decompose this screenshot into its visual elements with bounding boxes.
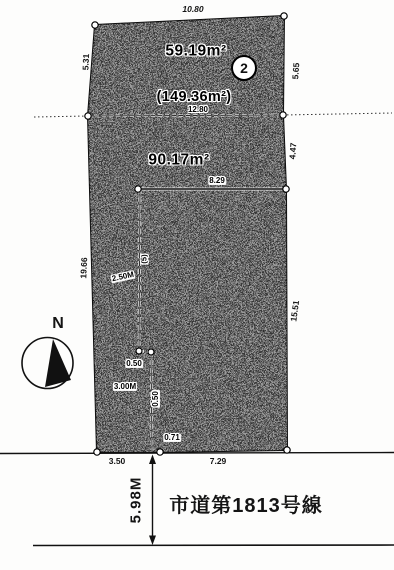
setback-lower-segment-label: 0.50 bbox=[152, 390, 160, 408]
land-plot-diagram: 10.80 5.31 5.65 59.19m² 2 (149.36m²) 12.… bbox=[0, 0, 394, 570]
area-lower-label: 90.17m² bbox=[148, 152, 209, 168]
setback-bottom-offset-label: 0.71 bbox=[163, 434, 181, 442]
survey-drawing-canvas bbox=[0, 0, 394, 570]
dim-bottom-right: 7.29 bbox=[210, 457, 227, 466]
plot-hatch-texture bbox=[80, 10, 295, 458]
section-dotted-line-left bbox=[34, 116, 88, 117]
road-width-arrowhead-up bbox=[149, 455, 156, 465]
setback-upper-segment-label: (5) bbox=[140, 253, 148, 264]
road-width-label: 5.98M bbox=[129, 477, 144, 524]
dim-upper-left-side: 5.31 bbox=[81, 54, 90, 71]
parcel-number-badge: 2 bbox=[231, 55, 257, 81]
north-label: N bbox=[52, 316, 64, 332]
dim-left-side: 19.66 bbox=[79, 257, 89, 279]
road-near-edge-line bbox=[0, 453, 394, 454]
dim-top-width: 10.80 bbox=[182, 5, 203, 14]
setback-jog-offset-label: 0.50 bbox=[125, 360, 143, 368]
section-dotted-line-right bbox=[283, 113, 392, 115]
setback-lower-offset-label: 3.00M bbox=[113, 383, 137, 391]
dim-bottom-left: 3.50 bbox=[109, 457, 126, 466]
area-upper-label: 59.19m² bbox=[165, 43, 226, 59]
dim-middle-width: 12.80 bbox=[188, 106, 208, 114]
dim-inner-line-width: 8.29 bbox=[208, 177, 226, 185]
dim-upper-right-side: 5.65 bbox=[291, 62, 301, 79]
road-name-label: 市道第1813号線 bbox=[169, 496, 323, 516]
road-far-edge-line bbox=[33, 545, 394, 546]
road-width-arrowhead-down bbox=[149, 536, 156, 546]
dim-right-mid-side: 4.47 bbox=[288, 142, 298, 159]
area-combined-label: (149.36m²) bbox=[157, 90, 232, 105]
